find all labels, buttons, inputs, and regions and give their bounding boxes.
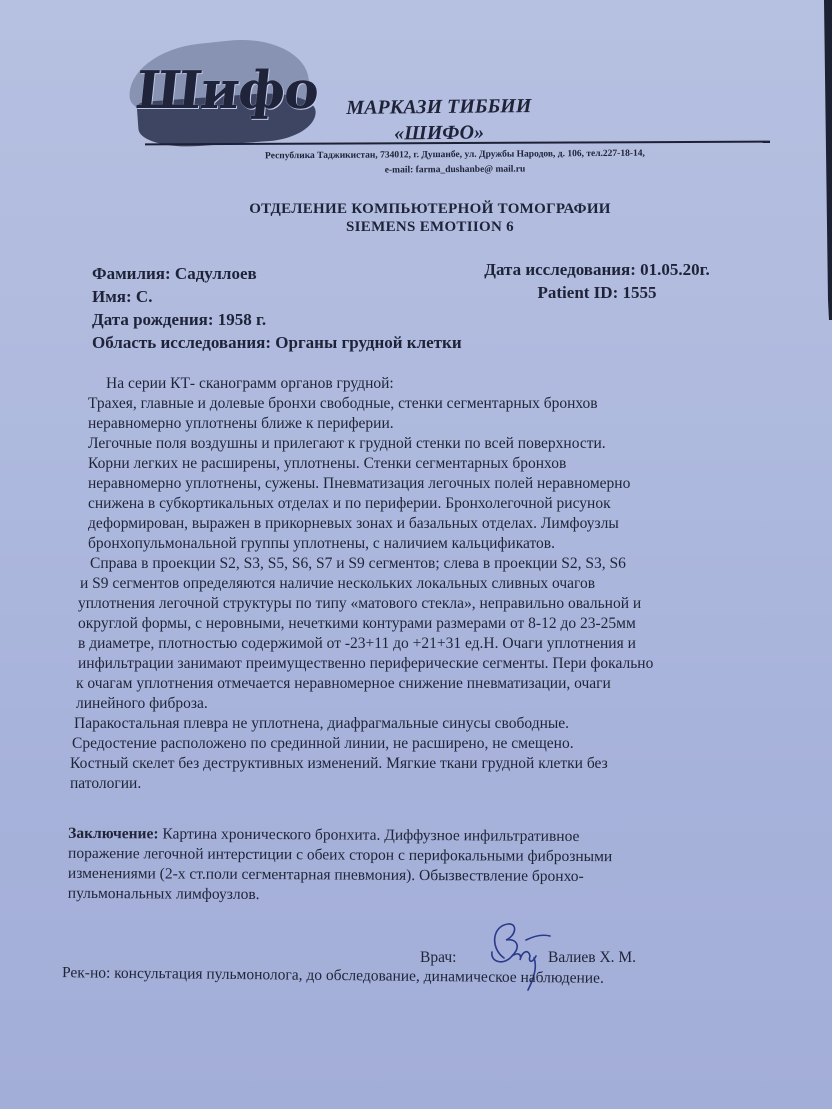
- findings-line: деформирован, выражен в прикорневых зона…: [88, 514, 778, 534]
- findings-text: На серии КТ- сканограмм органов грудной:…: [88, 374, 778, 794]
- patient-birth-date: Дата рождения: 1958 г.: [92, 308, 462, 331]
- medical-report-page: Шифо МАРКАЗИ ТИББИИ «ШИФО» Республика Та…: [0, 0, 832, 1109]
- findings-line: к очагам уплотнения отмечается неравноме…: [76, 674, 778, 694]
- device-name: SIEMENS EMOTIION 6: [200, 218, 660, 236]
- findings-line: неравномерно уплотнены, сужены. Пневмати…: [88, 474, 778, 494]
- findings-line: Легочные поля воздушны и прилегают к гру…: [88, 434, 778, 454]
- conclusion-text: Заключение: Картина хронического бронхит…: [68, 824, 768, 908]
- findings-line: неравномерно уплотнены ближе к периферии…: [88, 414, 778, 434]
- findings-line: уплотнения легочной структуры по типу «м…: [78, 594, 778, 614]
- conclusion-first-line: Картина хронического бронхита. Диффузное…: [158, 825, 579, 845]
- findings-line: Костный скелет без деструктивных изменен…: [70, 754, 778, 774]
- clinic-logo: Шифо: [118, 38, 318, 148]
- exam-region: Область исследования: Органы грудной кле…: [92, 331, 462, 354]
- findings-line: в диаметре, плотностью содержимой от -23…: [78, 634, 778, 654]
- organization-name: МАРКАЗИ ТИББИИ «ШИФО»: [334, 93, 545, 147]
- findings-line: бронхопульмональной группы уплотнены, с …: [88, 534, 778, 554]
- findings-line: Средостение расположено по срединной лин…: [72, 734, 778, 754]
- findings-line: снижена в субкортикальных отделах и по п…: [88, 494, 778, 514]
- patient-info-left: Фамилия: Садуллоев Имя: С. Дата рождения…: [92, 262, 462, 354]
- findings-line: Трахея, главные и долевые бронхи свободн…: [88, 394, 778, 414]
- patient-info-right: Дата исследования: 01.05.20г. Patient ID…: [452, 258, 742, 304]
- patient-name: Имя: С.: [92, 285, 462, 308]
- logo-text: Шифо: [133, 60, 322, 121]
- findings-line: линейного фиброза.: [76, 694, 778, 714]
- conclusion-line: пульмональных лимфоузлов.: [68, 884, 768, 908]
- findings-line: Паракостальная плевра не уплотнена, диаф…: [74, 714, 778, 734]
- findings-line: патологии.: [70, 774, 778, 794]
- department-title: ОТДЕЛЕНИЕ КОМПЬЮТЕРНОЙ ТОМОГРАФИИ: [200, 200, 660, 218]
- findings-line: и S9 сегментов определяются наличие неск…: [80, 574, 778, 594]
- findings-line: Справа в проекции S2, S3, S5, S6, S7 и S…: [88, 554, 778, 574]
- recommendation-text: Рек-но: консультация пульмонолога, до об…: [62, 963, 604, 989]
- conclusion-label: Заключение:: [68, 825, 158, 843]
- findings-line: инфильтрации занимают преимущественно пе…: [78, 654, 778, 674]
- department-heading: ОТДЕЛЕНИЕ КОМПЬЮТЕРНОЙ ТОМОГРАФИИ SIEMEN…: [200, 200, 660, 236]
- patient-id: Patient ID: 1555: [452, 281, 742, 304]
- doctor-name: Валиев Х. М.: [548, 948, 636, 968]
- exam-date: Дата исследования: 01.05.20г.: [452, 258, 742, 281]
- clinic-address: Республика Таджикистан, 734012, г. Душан…: [200, 146, 710, 180]
- org-line-1: МАРКАЗИ ТИББИИ: [334, 93, 544, 121]
- findings-line: На серии КТ- сканограмм органов грудной:: [88, 374, 778, 394]
- findings-line: округлой формы, с неровными, нечеткими к…: [78, 614, 778, 634]
- findings-line: Корни легких не расширены, уплотнены. Ст…: [88, 454, 778, 474]
- doctor-label: Врач:: [420, 948, 456, 968]
- patient-surname: Фамилия: Садуллоев: [92, 262, 462, 285]
